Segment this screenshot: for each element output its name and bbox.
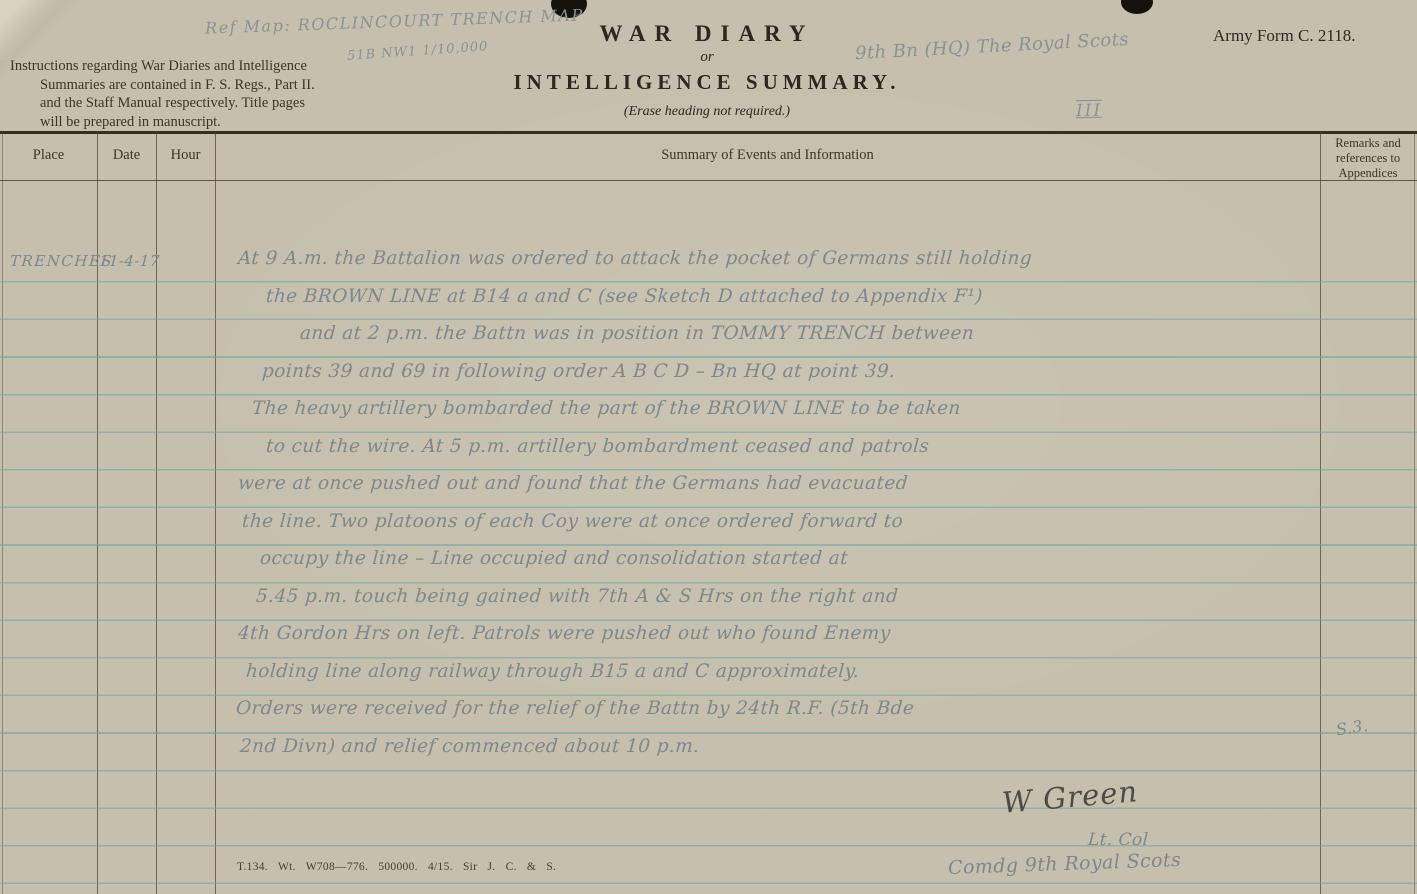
entry-date: 11-4-17 [98,252,160,270]
printers-imprint: T.134. Wt. W708—776. 500000. 4/15. Sir J… [237,861,556,873]
diary-line: and at 2 p.m. the Battn was in position … [299,323,975,344]
table-header-rule [0,180,1417,181]
entry-remarks: S.3. [1335,716,1370,739]
diary-line: holding line along railway through B15 a… [245,661,860,682]
column-header-date: Date [97,147,156,164]
table-top-rule [0,131,1417,134]
diary-line: 2nd Divn) and relief commenced about 10 … [239,736,700,757]
column-divider-summary [1320,131,1321,894]
remarks-header-line: references to [1321,151,1415,166]
form-title-block: WAR DIARY or INTELLIGENCE SUMMARY. (Eras… [468,21,946,120]
diary-line: Orders were received for the relief of t… [235,698,915,719]
diary-line: the line. Two platoons of each Coy were … [241,511,904,532]
signature-rank: Lt. Col [1087,830,1149,850]
scan-corner-artifact [0,0,120,60]
annotation-page-number: III [1076,101,1103,121]
column-header-place: Place [0,147,97,164]
hole-punch-right [1121,0,1153,14]
diary-line: 5.45 p.m. touch being gained with 7th A … [255,586,899,607]
column-divider-place [97,131,98,894]
instructions-line: Summaries are contained in F. S. Regs., … [10,76,382,95]
instructions-text: Instructions regarding War Diaries and I… [10,57,382,131]
table-border-left [2,131,3,894]
column-header-summary: Summary of Events and Information [215,147,1320,164]
diary-line: the BROWN LINE at B14 a and C (see Sketc… [265,286,983,307]
diary-line: to cut the wire. At 5 p.m. artillery bom… [265,436,930,457]
signature-name: W Green [1001,774,1140,820]
column-header-remarks: Remarks and references to Appendices [1321,136,1415,180]
instructions-line: and the Staff Manual respectively. Title… [10,94,382,113]
table-border-right [1414,131,1415,894]
diary-line: were at once pushed out and found that t… [237,473,908,494]
diary-line: occupy the line – Line occupied and cons… [259,548,849,569]
instructions-line: Instructions regarding War Diaries and I… [10,57,382,76]
diary-line: points 39 and 69 in following order A B … [261,361,896,382]
remarks-header-line: Appendices [1321,166,1415,181]
column-divider-hour [215,131,216,894]
diary-line: The heavy artillery bombarded the part o… [251,398,961,419]
column-divider-date [156,131,157,894]
form-erase-note: (Erase heading not required.) [468,104,946,120]
instructions-line: will be prepared in manuscript. [10,113,382,132]
diary-line: At 9 A.m. the Battalion was ordered to a… [237,248,1033,269]
diary-line: 4th Gordon Hrs on left. Patrols were pus… [237,623,891,644]
column-header-hour: Hour [156,147,215,164]
war-diary-page: Instructions regarding War Diaries and I… [0,0,1417,894]
army-form-number: Army Form C. 2118. [1213,26,1355,46]
form-subtitle: INTELLIGENCE SUMMARY. [468,70,946,95]
signature-unit-title: Comdg 9th Royal Scots [948,849,1182,879]
remarks-header-line: Remarks and [1321,136,1415,151]
